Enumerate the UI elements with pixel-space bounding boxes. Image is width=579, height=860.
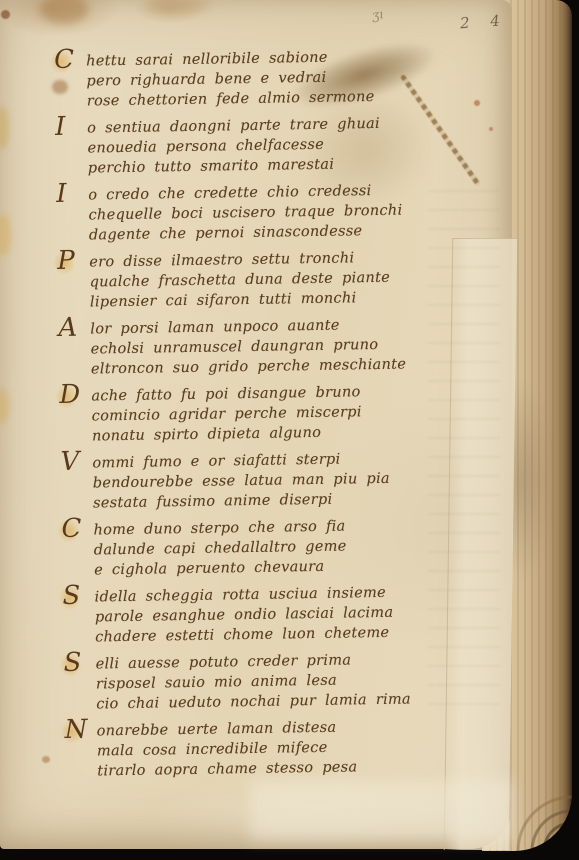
left-edge-smudge bbox=[0, 214, 11, 256]
tercet-7: V ommi fumo e or siafatti sterpi bendour… bbox=[62, 448, 467, 514]
manuscript-photo: ʒı 2 4 C hettu sarai nelloribile sabione… bbox=[0, 0, 579, 860]
tercet-2: I o sentiua daongni parte trare ghuai en… bbox=[57, 113, 462, 179]
rust-spot bbox=[42, 756, 50, 763]
initial-letter: N bbox=[64, 717, 87, 743]
initial-letter: V bbox=[60, 449, 79, 475]
initial-letter: A bbox=[58, 315, 77, 341]
bottom-light-patch bbox=[250, 780, 512, 840]
tercet-5: A lor porsi laman unpoco auante echolsi … bbox=[60, 314, 465, 380]
scribble-mark: ʒı bbox=[371, 7, 384, 23]
initial-letter: S bbox=[62, 583, 80, 609]
tercet-4: P ero disse ilmaestro settu tronchi qual… bbox=[59, 247, 464, 313]
initial-letter: I bbox=[55, 114, 66, 140]
initial-letter: S bbox=[63, 650, 81, 676]
tercet-1: C hettu sarai nelloribile sabione pero r… bbox=[56, 46, 461, 112]
folio-number: 2 4 bbox=[459, 12, 500, 33]
tercet-8: C home duno sterpo che arso fia dalunde … bbox=[63, 515, 468, 581]
top-edge-stain bbox=[146, 0, 210, 14]
top-edge-stain bbox=[40, 0, 88, 24]
tercet-9: S idella scheggia rotta usciua insieme p… bbox=[64, 582, 469, 648]
tercet-10: S elli auesse potuto creder prima rispos… bbox=[65, 649, 470, 715]
parchment-page: ʒı 2 4 C hettu sarai nelloribile sabione… bbox=[0, 0, 512, 849]
tercet-3: I o credo che credette chio credessi che… bbox=[58, 180, 463, 246]
foxing-spot bbox=[474, 100, 480, 106]
initial-letter: P bbox=[57, 248, 75, 274]
rust-spot bbox=[1, 10, 10, 19]
tercet-11: N onarebbe uerte laman distesa mala cosa… bbox=[67, 716, 472, 782]
left-edge-smudge bbox=[0, 388, 9, 424]
initial-letter: C bbox=[54, 47, 74, 73]
tercet-6: D ache fatto fu poi disangue bruno comin… bbox=[61, 381, 466, 447]
left-edge-smudge bbox=[0, 106, 9, 150]
initial-letter: I bbox=[56, 181, 67, 207]
poem-text: C hettu sarai nelloribile sabione pero r… bbox=[56, 46, 472, 789]
initial-letter: D bbox=[59, 382, 80, 408]
initial-letter: C bbox=[61, 516, 81, 542]
foxing-spot bbox=[489, 127, 493, 131]
